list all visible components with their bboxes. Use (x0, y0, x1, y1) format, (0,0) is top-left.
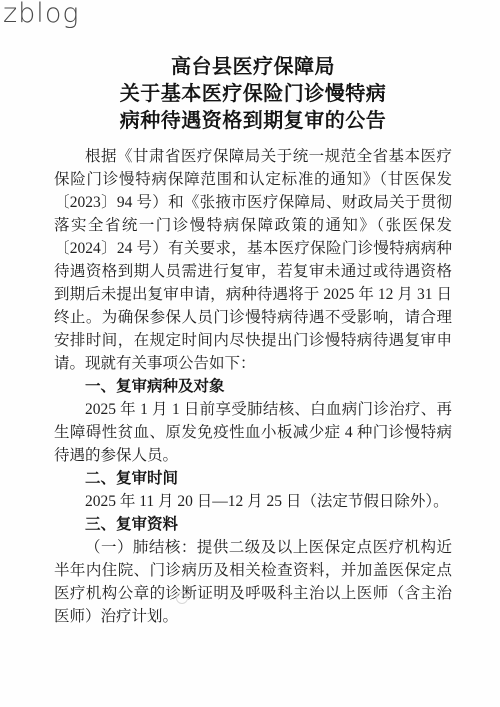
paragraph-review-materials: （一）肺结核：提供二级及以上医保定点医疗机构近半年内住院、门诊病历及相关检查资料… (54, 536, 452, 628)
doc-title-line-2: 关于基本医疗保险门诊慢特病 (54, 81, 452, 108)
section-heading-review-time: 二、复审时间 (54, 467, 452, 490)
paragraph-review-targets: 2025 年 1 月 1 日前享受肺结核、白血病门诊治疗、再生障碍性贫血、原发免… (54, 398, 452, 467)
doc-title-line-1: 高台县医疗保障局 (54, 54, 452, 81)
doc-title: 高台县医疗保障局 关于基本医疗保险门诊慢特病 病种待遇资格到期复审的公告 (54, 54, 452, 135)
section-heading-review-materials: 三、复审资料 (54, 513, 452, 536)
doc-title-line-3: 病种待遇资格到期复审的公告 (54, 108, 452, 135)
section-heading-review-diseases: 一、复审病种及对象 (54, 375, 452, 398)
paragraph-intro: 根据《甘肃省医疗保障局关于统一规范全省基本医疗保险门诊慢特病保障范围和认定标准的… (54, 145, 452, 375)
paragraph-review-time: 2025 年 11 月 20 日—12 月 25 日（法定节假日除外）。 (54, 490, 452, 513)
scan-artifact-speck: · (176, 592, 188, 604)
notice-document: 高台县医疗保障局 关于基本医疗保险门诊慢特病 病种待遇资格到期复审的公告 根据《… (54, 54, 452, 628)
zblog-logo: zblog (3, 0, 80, 29)
